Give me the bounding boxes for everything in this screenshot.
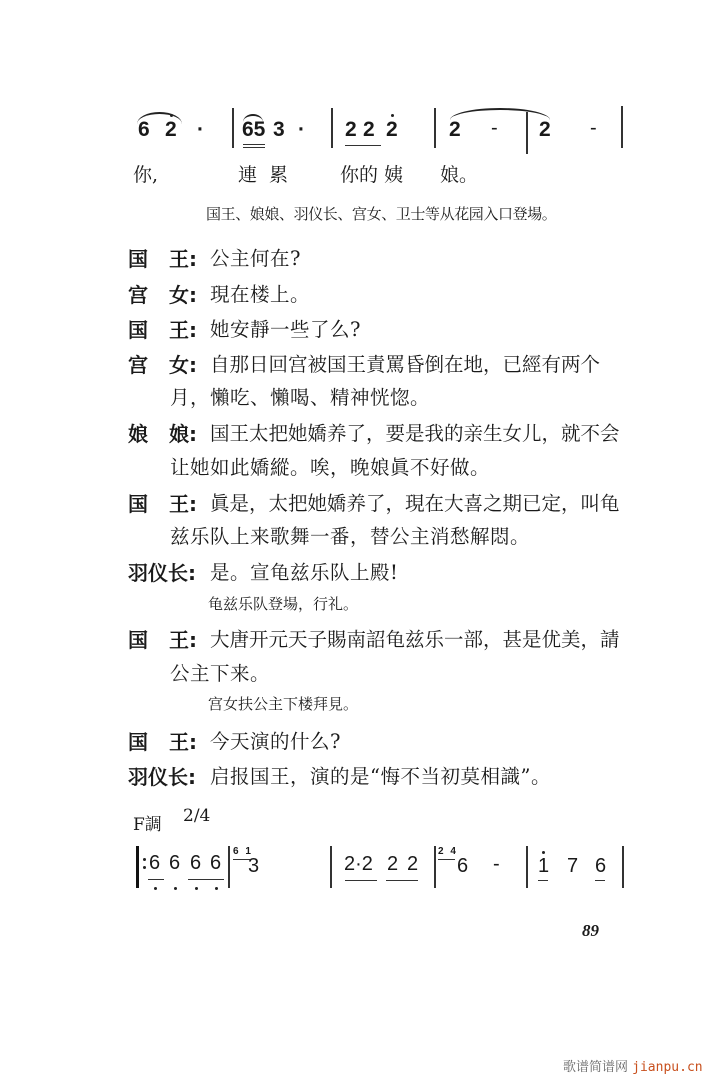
dash: - [493, 853, 500, 876]
dialogue-continuation: 月，懶吃、懶喝、精神恍惚。 [170, 382, 430, 410]
dialogue-line: 現在楼上。 [210, 279, 310, 307]
underline [595, 880, 605, 881]
speaker-label: 国 王: [128, 726, 197, 755]
dialogue-line: 国王太把她嬌养了，要是我的亲生女儿，就不会 [210, 418, 620, 446]
speaker-label: 国 王: [128, 624, 197, 653]
repeat-dot [143, 858, 146, 861]
underline [538, 880, 548, 881]
dialogue-continuation: 让她如此嬌縱。唉，晚娘眞不好做。 [170, 452, 490, 480]
note: 6 [457, 855, 468, 878]
speaker-label: 国 王: [128, 314, 197, 343]
barline [434, 108, 436, 148]
low-octave-dot [215, 887, 218, 890]
high-octave-dot [391, 114, 394, 117]
tie [450, 108, 550, 120]
repeat-barline [136, 846, 139, 888]
dialogue-line: 是。宣龟兹乐队上殿! [210, 557, 398, 585]
speaker-label: 国 王: [128, 488, 197, 517]
underline [243, 147, 265, 148]
dialogue-line: 大唐开元天子賜南詔龟兹乐一部，甚是优美，請 [210, 624, 620, 652]
note: 2 [165, 118, 177, 142]
underline [345, 145, 381, 146]
stage-direction: 龟兹乐队登場，行礼。 [208, 593, 358, 614]
speaker-label: 宫 女: [128, 279, 197, 308]
underline [243, 144, 265, 145]
barline [228, 846, 230, 888]
stage-direction: 国王、娘娘、羽仪长、宫女、卫士等从花园入口登場。 [206, 203, 556, 224]
note: 2 [345, 118, 357, 142]
dash: - [590, 117, 597, 140]
note: 2 [363, 118, 375, 142]
note: 2 [539, 118, 551, 142]
low-octave-dot [174, 887, 177, 890]
underline [438, 859, 455, 860]
barline [526, 846, 528, 888]
barline [622, 846, 624, 888]
note: 6 [138, 118, 150, 142]
note: 6 [149, 852, 160, 875]
dash: - [491, 117, 498, 140]
barline [330, 846, 332, 888]
repeat-dot [143, 866, 146, 869]
dialogue-line: 启报国王，演的是“悔不当初莫相識”。 [210, 761, 551, 789]
note: 2 [449, 118, 461, 142]
barline [232, 108, 234, 148]
high-octave-dot [542, 851, 545, 854]
note: 1 [538, 855, 549, 878]
lyric: 你的 姨 [340, 160, 403, 187]
note: 3 [248, 855, 259, 878]
barline [331, 108, 333, 148]
speaker-label: 羽仪长: [128, 761, 196, 790]
barline [526, 112, 528, 154]
note: 2 [386, 118, 398, 142]
note: 6 [169, 852, 180, 875]
dialogue-line: 公主何在? [210, 243, 301, 271]
note: 7 [567, 855, 578, 878]
underline [386, 880, 418, 881]
dot-extension: · [197, 118, 204, 142]
key-label: F調 [133, 810, 162, 835]
lyric: 連 累 [238, 160, 288, 187]
barline [621, 106, 623, 148]
underline [188, 879, 224, 880]
grace-notes: 2 4 [438, 846, 458, 857]
underline [345, 880, 377, 881]
dialogue-line: 今天演的什么? [210, 726, 341, 754]
note: 2·2 [344, 853, 373, 876]
lyric: 你, [133, 160, 158, 187]
watermark-cn: 歌谱简谱网 [563, 1060, 628, 1075]
dialogue-line: 自那日回宫被国王責罵昏倒在地，已經有两个 [210, 349, 600, 377]
note: 3 [273, 118, 285, 142]
note: 6 [190, 852, 201, 875]
underline [148, 879, 164, 880]
dialogue-continuation: 公主下来。 [170, 658, 270, 686]
barline [434, 846, 436, 888]
note: 2 [387, 853, 398, 876]
note: 6 [595, 855, 606, 878]
low-octave-dot [154, 887, 157, 890]
page-number: 89 [582, 921, 599, 941]
speaker-label: 羽仪长: [128, 557, 196, 586]
stage-direction: 宫女扶公主下楼拜見。 [208, 693, 358, 714]
speaker-label: 国 王: [128, 243, 197, 272]
note: 6 [210, 852, 221, 875]
note: 65 [242, 118, 265, 142]
speaker-label: 娘 娘: [128, 418, 197, 447]
dot-extension: · [298, 118, 305, 142]
dialogue-line: 眞是，太把她嬌养了，現在大喜之期已定，叫龟 [210, 488, 620, 516]
note: 2 [407, 853, 418, 876]
dialogue-continuation: 兹乐队上来歌舞一番，替公主消愁解悶。 [170, 521, 530, 549]
watermark: 歌谱简谱网 jianpu.cn [563, 1056, 703, 1075]
lyric: 娘。 [440, 160, 478, 187]
watermark-en: jianpu.cn [632, 1060, 702, 1075]
time-signature: 2/4 [183, 806, 210, 826]
low-octave-dot [195, 887, 198, 890]
high-octave-dot [170, 114, 173, 117]
dialogue-line: 她安靜一些了么? [210, 314, 361, 342]
speaker-label: 宫 女: [128, 349, 197, 378]
